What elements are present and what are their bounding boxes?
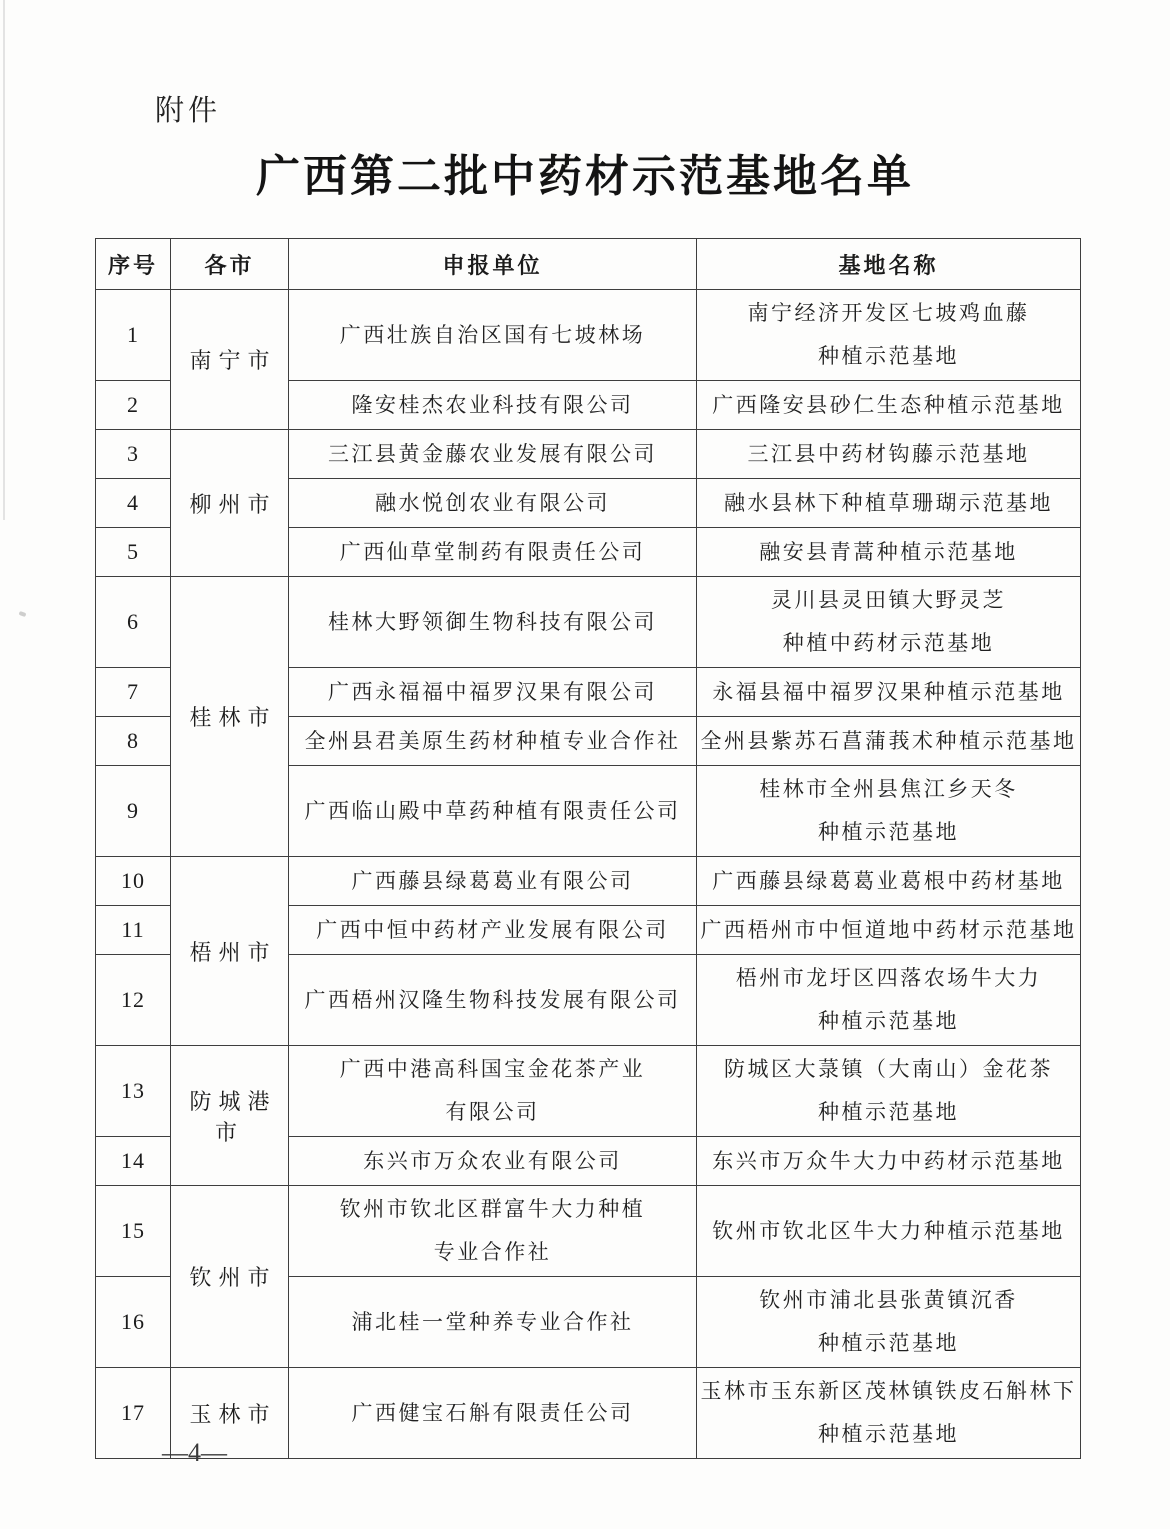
- base-name-cell: 广西梧州市中恒道地中药材示范基地: [697, 906, 1081, 955]
- base-name-cell: 玉林市玉东新区茂林镇铁皮石斛林下种植示范基地: [697, 1368, 1081, 1459]
- table-header-row: 序号各市申报单位基地名称: [96, 239, 1081, 290]
- cell-line: 种植中药材示范基地: [697, 622, 1080, 665]
- row-number-cell: 2: [96, 381, 171, 430]
- cell-line: 融水县林下种植草珊瑚示范基地: [697, 482, 1080, 525]
- column-header: 基地名称: [697, 239, 1081, 290]
- cell-line: 有限公司: [289, 1091, 696, 1134]
- city-cell: 桂林市: [171, 577, 289, 857]
- document-page: 附件 广西第二批中药材示范基地名单 序号各市申报单位基地名称 1南宁市广西壮族自…: [0, 0, 1170, 1529]
- applicant-cell: 广西临山殿中草药种植有限责任公司: [289, 766, 697, 857]
- applicant-cell: 全州县君美原生药材种植专业合作社: [289, 717, 697, 766]
- row-number-cell: 3: [96, 430, 171, 479]
- cell-line: 灵川县灵田镇大野灵芝: [697, 579, 1080, 622]
- cell-line: 永福县福中福罗汉果种植示范基地: [697, 671, 1080, 714]
- applicant-cell: 浦北桂一堂种养专业合作社: [289, 1277, 697, 1368]
- base-name-cell: 钦州市钦北区牛大力种植示范基地: [697, 1186, 1081, 1277]
- table-row: 17玉林市广西健宝石斛有限责任公司玉林市玉东新区茂林镇铁皮石斛林下种植示范基地: [96, 1368, 1081, 1459]
- base-name-cell: 融水县林下种植草珊瑚示范基地: [697, 479, 1081, 528]
- table-row: 1南宁市广西壮族自治区国有七坡林场南宁经济开发区七坡鸡血藤种植示范基地: [96, 290, 1081, 381]
- cell-line: 桂林大野领御生物科技有限公司: [289, 601, 696, 644]
- cell-line: 广西仙草堂制药有限责任公司: [289, 531, 696, 574]
- cell-line: 隆安桂杰农业科技有限公司: [289, 384, 696, 427]
- cell-line: 融水悦创农业有限公司: [289, 482, 696, 525]
- cell-line: 广西中港高科国宝金花茶产业: [289, 1048, 696, 1091]
- cell-line: 专业合作社: [289, 1231, 696, 1274]
- cell-line: 种植示范基地: [697, 1091, 1080, 1134]
- row-number-cell: 9: [96, 766, 171, 857]
- cell-line: 东兴市万众农业有限公司: [289, 1140, 696, 1183]
- row-number-cell: 4: [96, 479, 171, 528]
- applicant-cell: 钦州市钦北区群富牛大力种植专业合作社: [289, 1186, 697, 1277]
- page-number: —4—: [162, 1438, 227, 1468]
- city-cell: 防城港市: [171, 1046, 289, 1186]
- applicant-cell: 广西藤县绿葛葛业有限公司: [289, 857, 697, 906]
- row-number-cell: 6: [96, 577, 171, 668]
- base-name-cell: 广西隆安县砂仁生态种植示范基地: [697, 381, 1081, 430]
- cell-line: 种植示范基地: [697, 1000, 1080, 1043]
- table-body: 1南宁市广西壮族自治区国有七坡林场南宁经济开发区七坡鸡血藤种植示范基地2隆安桂杰…: [96, 290, 1081, 1459]
- cell-line: 广西健宝石斛有限责任公司: [289, 1392, 696, 1435]
- base-name-cell: 桂林市全州县焦江乡天冬种植示范基地: [697, 766, 1081, 857]
- cell-line: 广西藤县绿葛葛业有限公司: [289, 860, 696, 903]
- applicant-cell: 广西中港高科国宝金花茶产业有限公司: [289, 1046, 697, 1137]
- row-number-cell: 11: [96, 906, 171, 955]
- cell-line: 钦州市钦北区牛大力种植示范基地: [697, 1210, 1080, 1253]
- cell-line: 种植示范基地: [697, 1322, 1080, 1365]
- cell-line: 玉林市玉东新区茂林镇铁皮石斛林下: [697, 1370, 1080, 1413]
- cell-line: 广西永福福中福罗汉果有限公司: [289, 671, 696, 714]
- cell-line: 全州县君美原生药材种植专业合作社: [289, 720, 696, 763]
- cell-line: 三江县黄金藤农业发展有限公司: [289, 433, 696, 476]
- cell-line: 广西壮族自治区国有七坡林场: [289, 314, 696, 357]
- base-name-cell: 融安县青蒿种植示范基地: [697, 528, 1081, 577]
- cell-line: 三江县中药材钩藤示范基地: [697, 433, 1080, 476]
- cell-line: 钦州市浦北县张黄镇沉香: [697, 1279, 1080, 1322]
- city-cell: 梧州市: [171, 857, 289, 1046]
- table-row: 10梧州市广西藤县绿葛葛业有限公司广西藤县绿葛葛业葛根中药材基地: [96, 857, 1081, 906]
- row-number-cell: 8: [96, 717, 171, 766]
- row-number-cell: 5: [96, 528, 171, 577]
- cell-line: 种植示范基地: [697, 1413, 1080, 1456]
- base-name-cell: 三江县中药材钩藤示范基地: [697, 430, 1081, 479]
- row-number-cell: 14: [96, 1137, 171, 1186]
- cell-line: 桂林市全州县焦江乡天冬: [697, 768, 1080, 811]
- table-row: 15钦州市钦州市钦北区群富牛大力种植专业合作社钦州市钦北区牛大力种植示范基地: [96, 1186, 1081, 1277]
- row-number-cell: 15: [96, 1186, 171, 1277]
- base-name-cell: 南宁经济开发区七坡鸡血藤种植示范基地: [697, 290, 1081, 381]
- page-title: 广西第二批中药材示范基地名单: [0, 140, 1170, 204]
- cell-line: 广西梧州市中恒道地中药材示范基地: [697, 909, 1080, 952]
- cell-line: 种植示范基地: [697, 811, 1080, 854]
- scan-speck-artifact: [19, 611, 27, 617]
- base-name-cell: 东兴市万众牛大力中药材示范基地: [697, 1137, 1081, 1186]
- base-name-cell: 防城区大菉镇（大南山）金花茶种植示范基地: [697, 1046, 1081, 1137]
- column-header: 申报单位: [289, 239, 697, 290]
- table-row: 3柳州市三江县黄金藤农业发展有限公司三江县中药材钩藤示范基地: [96, 430, 1081, 479]
- cell-line: 钦州市钦北区群富牛大力种植: [289, 1188, 696, 1231]
- applicant-cell: 隆安桂杰农业科技有限公司: [289, 381, 697, 430]
- applicant-cell: 东兴市万众农业有限公司: [289, 1137, 697, 1186]
- applicant-cell: 广西中恒中药材产业发展有限公司: [289, 906, 697, 955]
- row-number-cell: 16: [96, 1277, 171, 1368]
- city-cell: 钦州市: [171, 1186, 289, 1368]
- attachment-label: 附件: [155, 88, 221, 129]
- cell-line: 广西梧州汉隆生物科技发展有限公司: [289, 979, 696, 1022]
- applicant-cell: 广西永福福中福罗汉果有限公司: [289, 668, 697, 717]
- scan-edge-artifact: [3, 0, 5, 520]
- cell-line: 浦北桂一堂种养专业合作社: [289, 1301, 696, 1344]
- row-number-cell: 17: [96, 1368, 171, 1459]
- applicant-cell: 桂林大野领御生物科技有限公司: [289, 577, 697, 668]
- cell-line: 种植示范基地: [697, 335, 1080, 378]
- base-name-cell: 梧州市龙圩区四落农场牛大力种植示范基地: [697, 955, 1081, 1046]
- applicant-cell: 广西梧州汉隆生物科技发展有限公司: [289, 955, 697, 1046]
- cell-line: 全州县紫苏石菖蒲莪术种植示范基地: [697, 720, 1080, 763]
- applicant-cell: 三江县黄金藤农业发展有限公司: [289, 430, 697, 479]
- base-name-cell: 钦州市浦北县张黄镇沉香种植示范基地: [697, 1277, 1081, 1368]
- row-number-cell: 7: [96, 668, 171, 717]
- applicant-cell: 广西仙草堂制药有限责任公司: [289, 528, 697, 577]
- cell-line: 防城区大菉镇（大南山）金花茶: [697, 1048, 1080, 1091]
- base-name-cell: 全州县紫苏石菖蒲莪术种植示范基地: [697, 717, 1081, 766]
- cell-line: 广西中恒中药材产业发展有限公司: [289, 909, 696, 952]
- cell-line: 东兴市万众牛大力中药材示范基地: [697, 1140, 1080, 1183]
- row-number-cell: 1: [96, 290, 171, 381]
- column-header: 序号: [96, 239, 171, 290]
- applicant-cell: 广西健宝石斛有限责任公司: [289, 1368, 697, 1459]
- row-number-cell: 12: [96, 955, 171, 1046]
- cell-line: 融安县青蒿种植示范基地: [697, 531, 1080, 574]
- cell-line: 广西藤县绿葛葛业葛根中药材基地: [697, 860, 1080, 903]
- city-cell: 南宁市: [171, 290, 289, 430]
- cell-line: 梧州市龙圩区四落农场牛大力: [697, 957, 1080, 1000]
- column-header: 各市: [171, 239, 289, 290]
- row-number-cell: 13: [96, 1046, 171, 1137]
- table-row: 13防城港市广西中港高科国宝金花茶产业有限公司防城区大菉镇（大南山）金花茶种植示…: [96, 1046, 1081, 1137]
- table-row: 6桂林市桂林大野领御生物科技有限公司灵川县灵田镇大野灵芝种植中药材示范基地: [96, 577, 1081, 668]
- applicant-cell: 广西壮族自治区国有七坡林场: [289, 290, 697, 381]
- base-name-cell: 灵川县灵田镇大野灵芝种植中药材示范基地: [697, 577, 1081, 668]
- city-cell: 柳州市: [171, 430, 289, 577]
- cell-line: 广西隆安县砂仁生态种植示范基地: [697, 384, 1080, 427]
- bases-table: 序号各市申报单位基地名称 1南宁市广西壮族自治区国有七坡林场南宁经济开发区七坡鸡…: [95, 238, 1081, 1459]
- row-number-cell: 10: [96, 857, 171, 906]
- cell-line: 广西临山殿中草药种植有限责任公司: [289, 790, 696, 833]
- base-name-cell: 永福县福中福罗汉果种植示范基地: [697, 668, 1081, 717]
- applicant-cell: 融水悦创农业有限公司: [289, 479, 697, 528]
- cell-line: 南宁经济开发区七坡鸡血藤: [697, 292, 1080, 335]
- base-name-cell: 广西藤县绿葛葛业葛根中药材基地: [697, 857, 1081, 906]
